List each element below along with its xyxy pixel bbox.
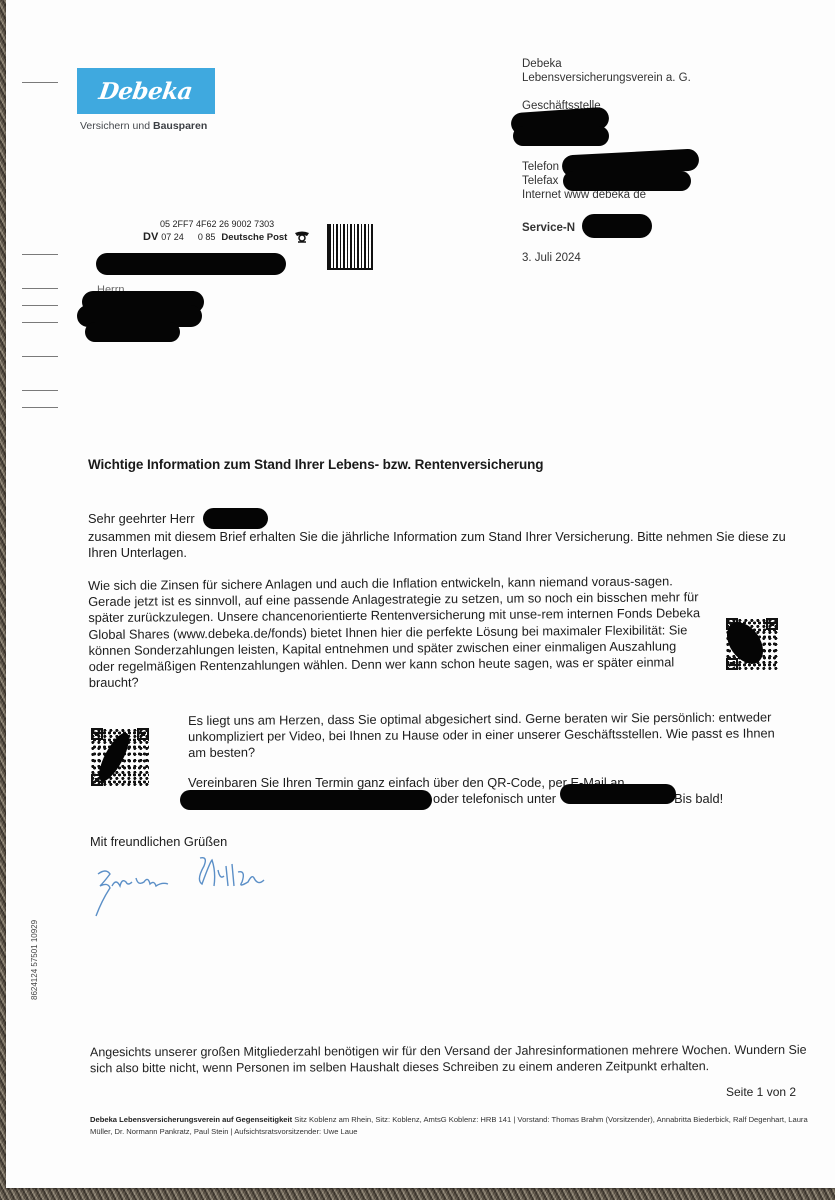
- fold-mark: [22, 322, 58, 323]
- tagline-word: Bausparen: [153, 120, 207, 132]
- paragraph-consulting: Es liegt uns am Herzen, dass Sie optimal…: [188, 709, 778, 761]
- dv-label: DV: [143, 231, 158, 243]
- fold-mark: [22, 407, 58, 408]
- signatures: [92, 852, 282, 922]
- page-indicator: Seite 1 von 2: [726, 1085, 796, 1099]
- qr-code-appointment[interactable]: [91, 728, 149, 786]
- post-horn-icon: [293, 231, 311, 243]
- farewell-text: Bis bald!: [674, 791, 723, 807]
- franking-line: DV 07 24 0 85 Deutsche Post: [143, 231, 311, 243]
- qr-finder: [726, 658, 738, 670]
- qr-finder: [766, 618, 778, 630]
- logo-wordmark: Debeka: [98, 78, 195, 105]
- sender-name: Debeka Lebensversicherungsverein a. G.: [522, 57, 691, 85]
- redaction-recipient-line: [96, 253, 286, 275]
- shipping-notice: Angesichts unserer großen Mitgliederzahl…: [90, 1042, 810, 1077]
- redaction-phone-contact: [560, 784, 676, 804]
- closing-phrase: Mit freundlichen Grüßen: [90, 834, 227, 850]
- datamatrix-barcode: [327, 224, 373, 270]
- redaction-service-number: [582, 214, 652, 238]
- franking-code: 05 2FF7 4F62 26 9002 7303: [160, 219, 274, 229]
- carrier-name: Deutsche Post: [221, 232, 287, 243]
- tagline-word: Versichern: [80, 120, 130, 132]
- document-reference-code: 8624124 57501 10929: [30, 920, 39, 1000]
- fold-mark: [22, 305, 58, 306]
- fold-mark: [22, 82, 58, 83]
- letter-subject: Wichtige Information zum Stand Ihrer Leb…: [88, 457, 543, 472]
- postage-value: 0 85: [198, 232, 216, 242]
- sender-line: Debeka: [522, 57, 691, 71]
- letter-date: 3. Juli 2024: [522, 251, 581, 265]
- redaction-recipient-address: [85, 322, 180, 342]
- paragraph-intro: zusammen mit diesem Brief erhalten Sie d…: [88, 529, 808, 561]
- internet-label: Internet: [522, 189, 561, 201]
- qr-finder: [91, 728, 103, 740]
- qr-code-fonds[interactable]: [726, 618, 778, 670]
- tagline-word: und: [133, 120, 151, 132]
- phone-text: oder telefonisch unter: [433, 791, 556, 807]
- salutation: Sehr geehrter Herr: [88, 511, 195, 527]
- fold-mark: [22, 254, 58, 255]
- logo-tagline: Versichern und Bausparen: [80, 120, 207, 132]
- fold-mark: [22, 356, 58, 357]
- service-label: Service-N: [522, 221, 575, 235]
- legal-footer: Debeka Lebensversicherungsverein auf Geg…: [90, 1114, 810, 1138]
- redaction-office: [513, 126, 609, 146]
- sender-line: Lebensversicherungsverein a. G.: [522, 71, 691, 85]
- dv-date: 07 24: [161, 232, 184, 242]
- footer-company: Debeka Lebensversicherungsverein auf Geg…: [90, 1115, 292, 1124]
- debeka-logo: Debeka: [77, 68, 215, 114]
- redaction-email: [180, 790, 432, 810]
- qr-finder: [137, 728, 149, 740]
- paragraph-investment: Wie sich die Zinsen für sichere Anlagen …: [88, 573, 705, 691]
- redaction-salutation-name: [203, 508, 268, 529]
- redaction-fax: [563, 171, 691, 191]
- fold-mark: [22, 288, 58, 289]
- fold-mark: [22, 390, 58, 391]
